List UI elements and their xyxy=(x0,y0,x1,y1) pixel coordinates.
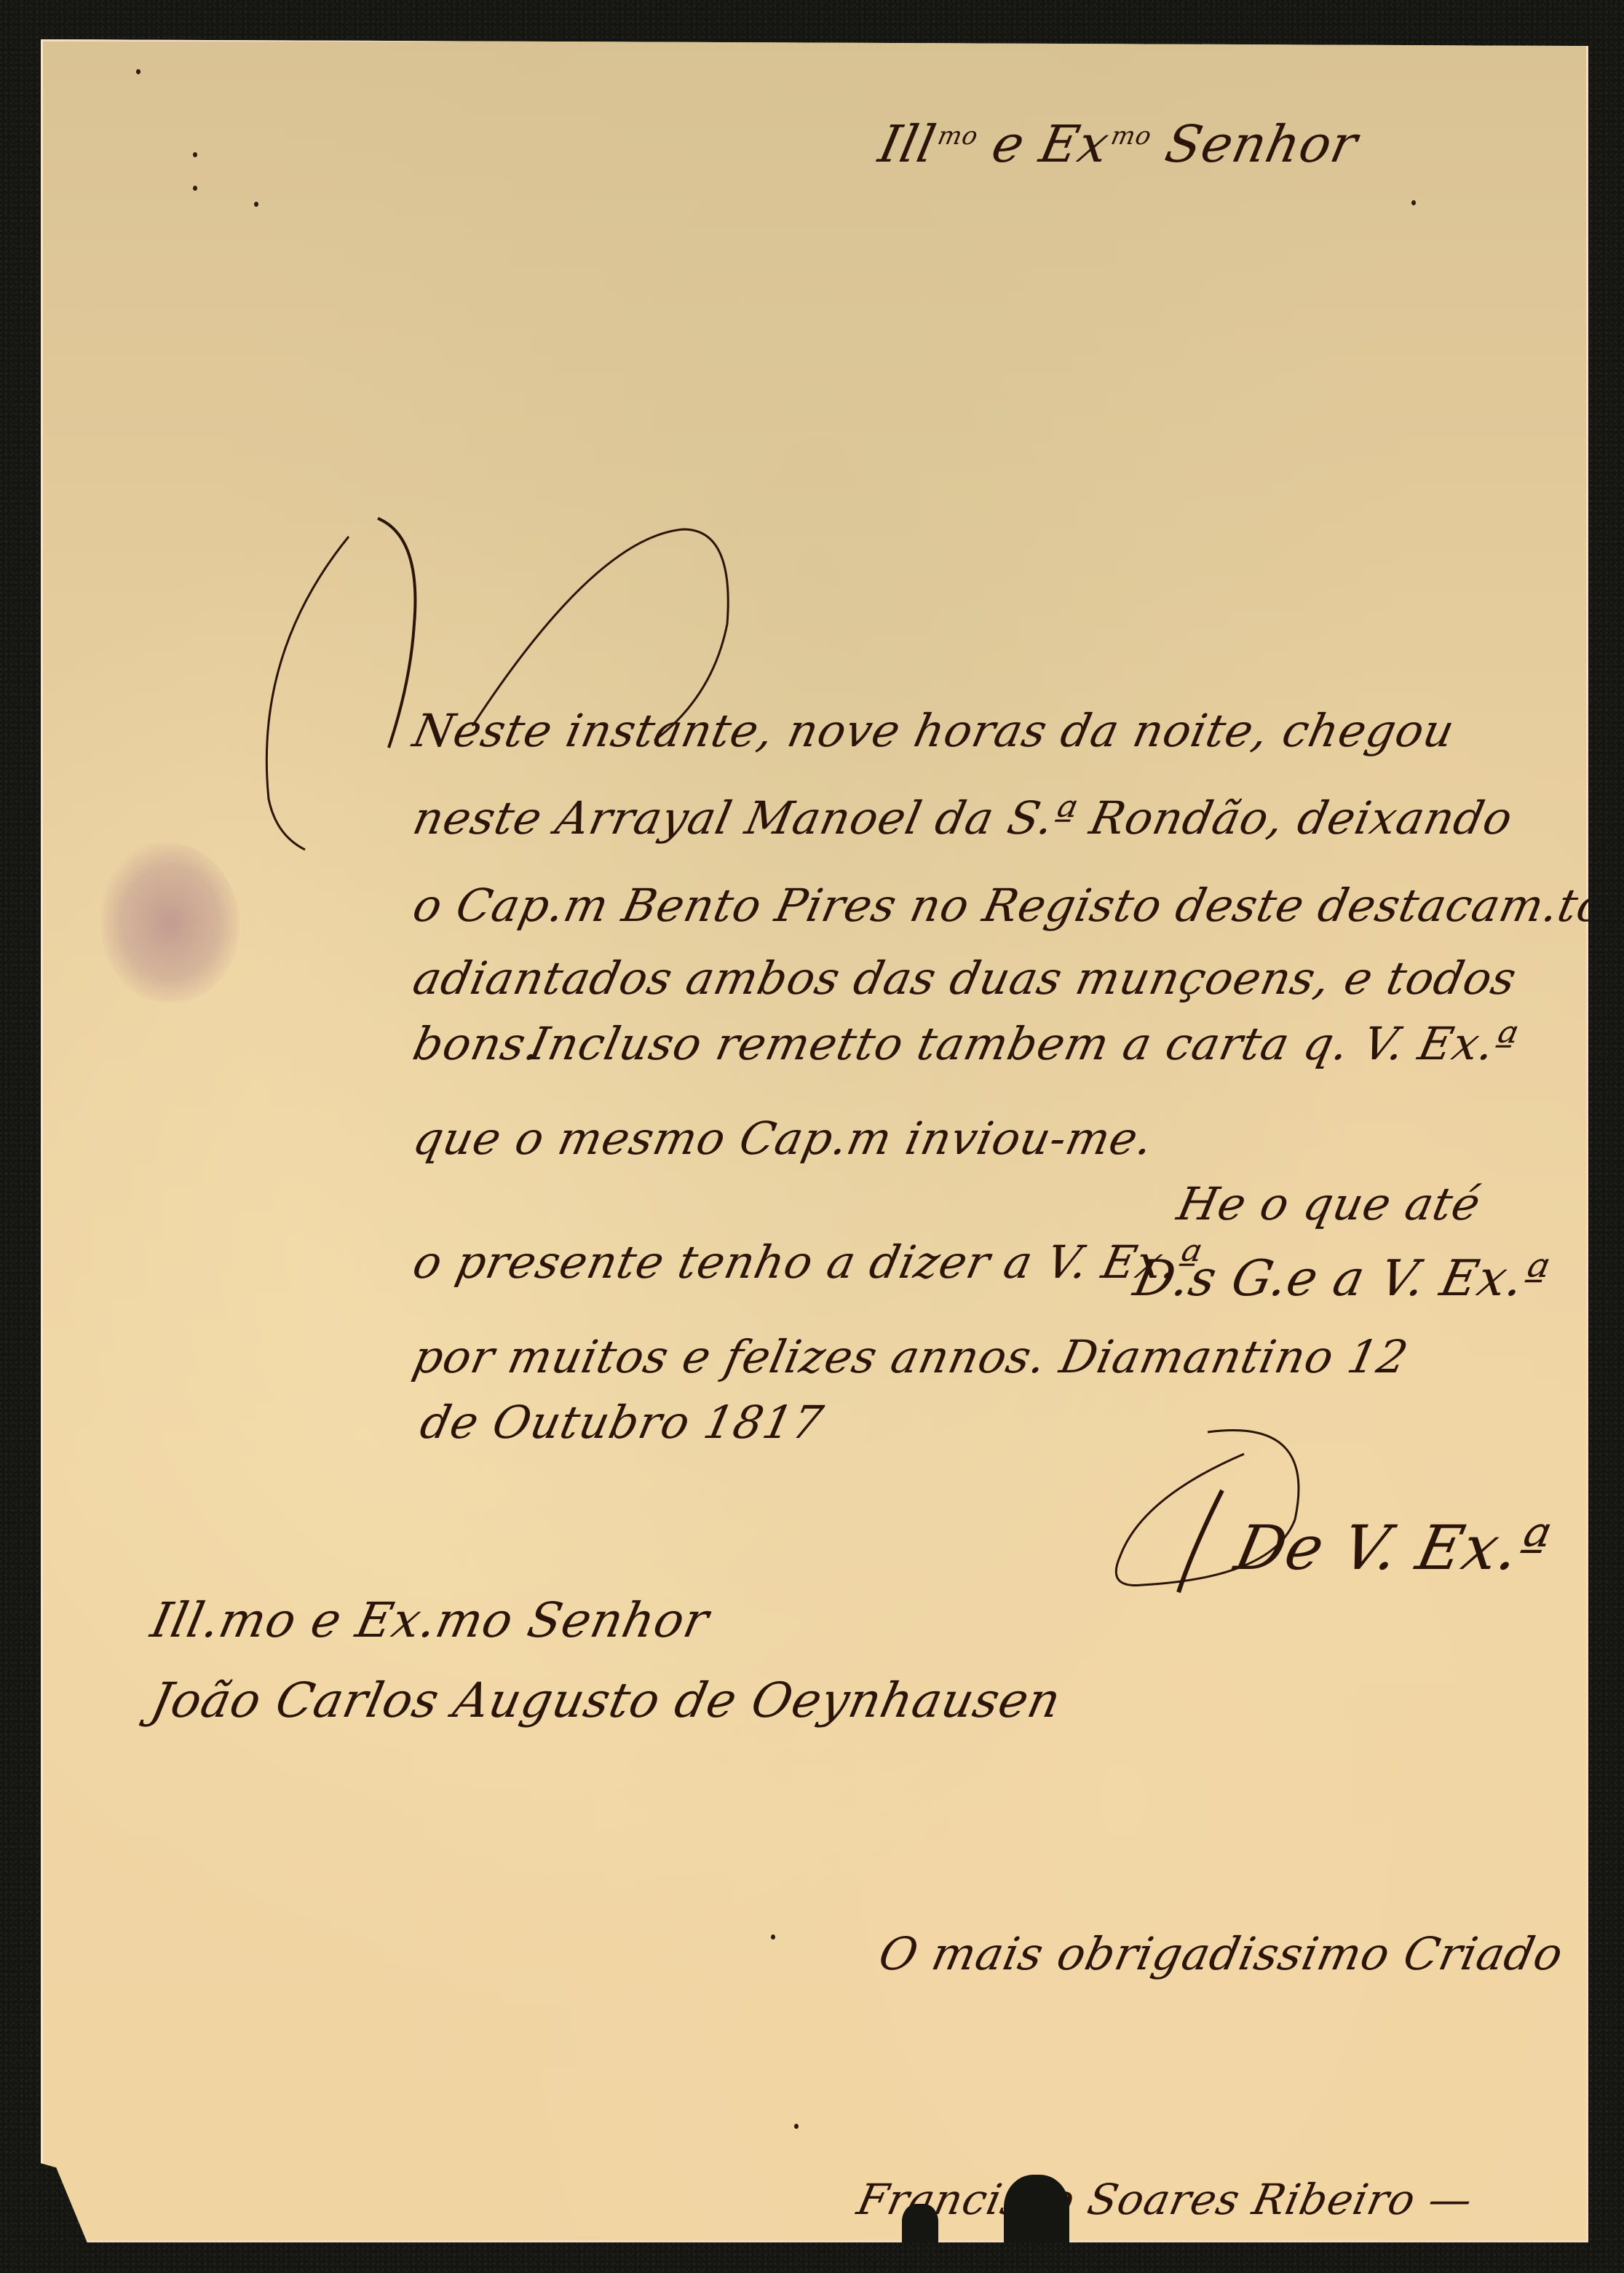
paper-speck xyxy=(794,2124,799,2129)
paper-speck xyxy=(136,69,140,74)
body-line-5: bons. xyxy=(408,1017,546,1070)
salutation-e-ex: e Ex xyxy=(970,114,1114,174)
addressee-title: Ill.mo e Ex.mo Senhor xyxy=(146,1592,714,1648)
letter-paper: Illmo e Exmo Senhor Neste instante, nove… xyxy=(41,39,1588,2242)
body-line-12: de Outubro 1817 xyxy=(416,1396,828,1449)
salutation-sup-mo: mo xyxy=(935,122,981,151)
salutation-header: Illmo e Exmo Senhor xyxy=(874,114,1363,174)
addressee-name: João Carlos Augusto de Oeynhausen xyxy=(146,1672,1066,1728)
paper-speck xyxy=(771,1934,775,1940)
body-line-4: adiantados ambos das duas munçoens, e to… xyxy=(408,952,1521,1005)
body-line-9: o presente tenho a dizer a V. Ex.ª xyxy=(408,1236,1205,1289)
body-line-3: o Cap.m Bento Pires no Registo deste des… xyxy=(408,879,1624,932)
paper-speck xyxy=(193,152,197,157)
body-line-6: Incluso remetto tambem a carta q. V. Ex.… xyxy=(525,1017,1522,1070)
body-line-7: que o mesmo Cap.m inviou-me. xyxy=(408,1112,1158,1165)
paper-tear xyxy=(902,2204,938,2248)
paper-speck xyxy=(1411,200,1416,205)
body-line-10: D.s G.e a V. Ex.ª xyxy=(1129,1250,1554,1308)
closing-de-v-ex: De V. Ex.ª xyxy=(1229,1512,1556,1584)
paper-speck xyxy=(193,186,197,191)
body-line-11: por muitos e felizes annos. Diamantino 1… xyxy=(408,1330,1413,1383)
body-line-1: Neste instante, nove horas da noite, che… xyxy=(408,704,1459,757)
salutation-sup-mo-2: mo xyxy=(1109,122,1154,151)
signature: Francisco Soares Ribeiro — xyxy=(853,2175,1478,2224)
salutation-senhor: Senhor xyxy=(1144,114,1363,174)
paper-tear xyxy=(1004,2175,1069,2248)
valediction: O mais obrigadissimo Criado xyxy=(874,1927,1568,1980)
salutation-ill: Ill xyxy=(874,114,941,174)
body-line-2: neste Arrayal Manoel da S.ª Rondão, deix… xyxy=(408,791,1518,845)
ink-stain xyxy=(101,842,239,1003)
body-line-8: He o que até xyxy=(1173,1177,1486,1230)
paper-speck xyxy=(254,202,258,207)
